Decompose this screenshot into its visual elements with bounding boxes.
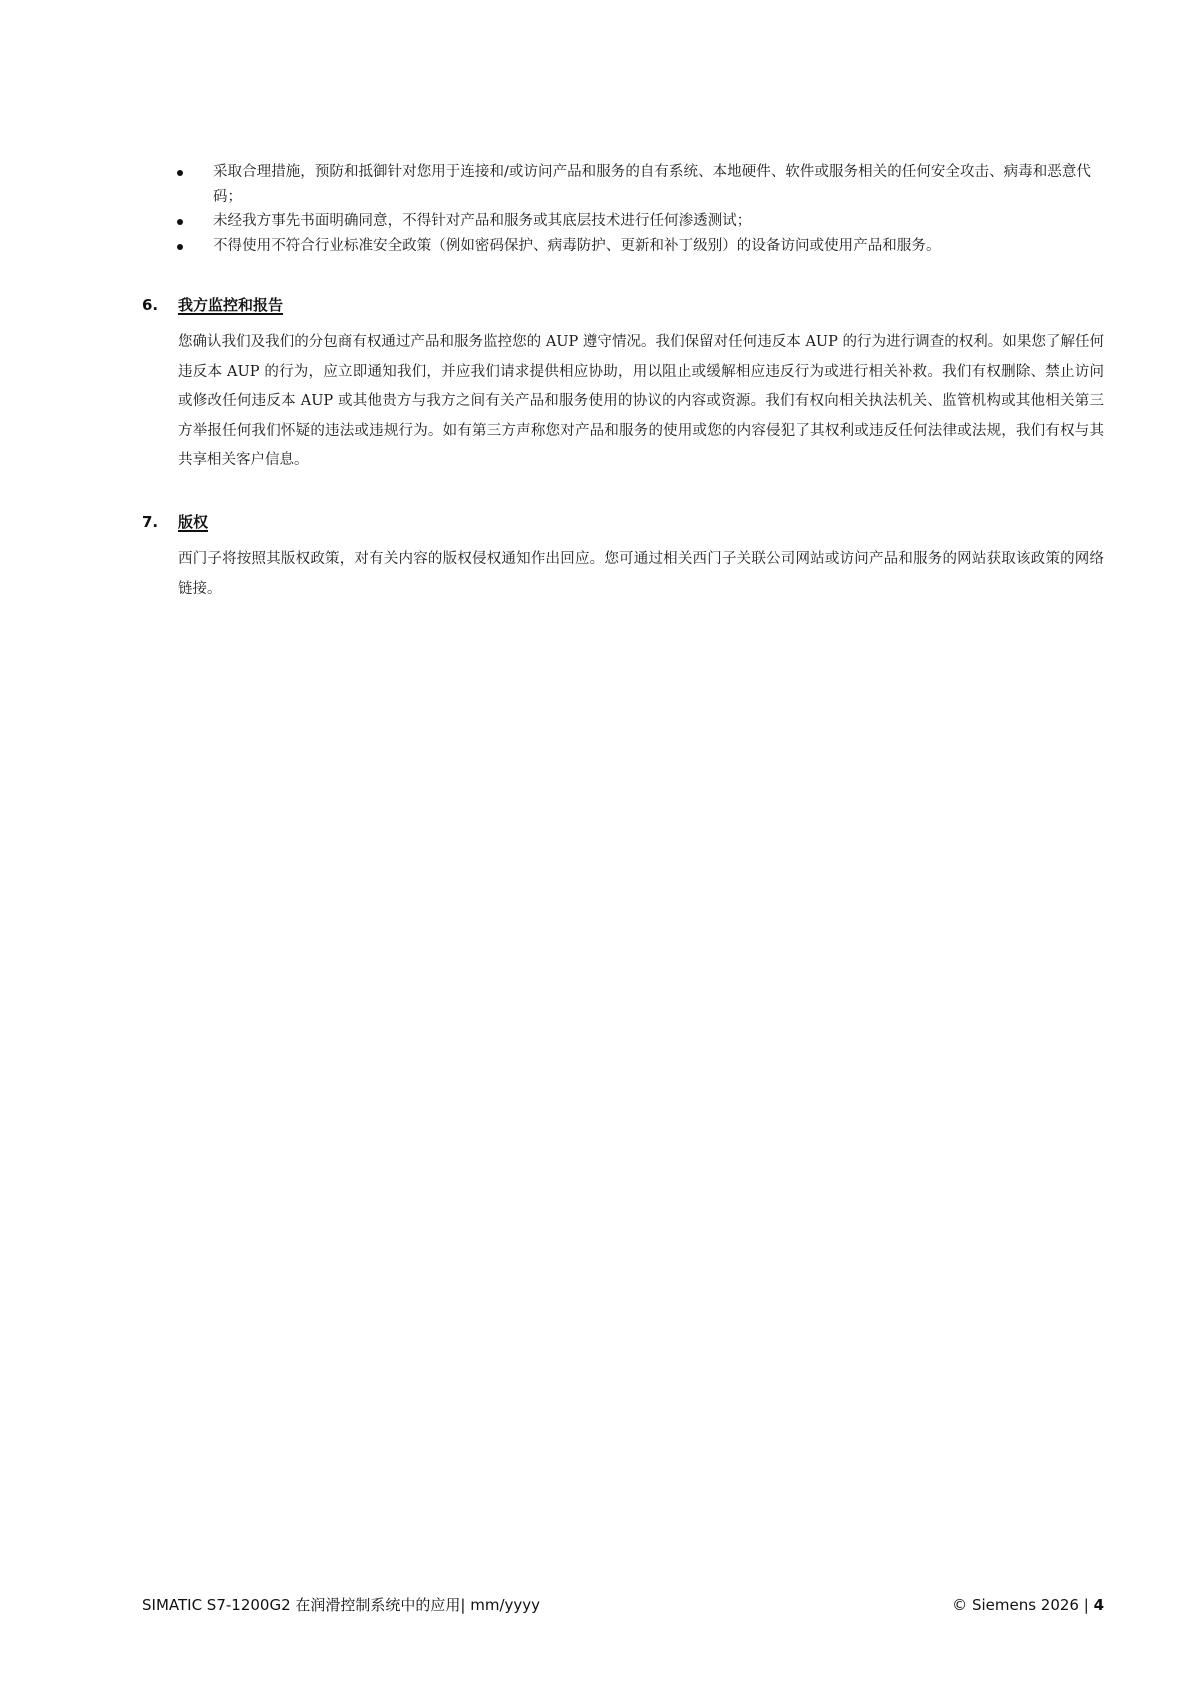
bullet-item: 不得使用不符合行业标准安全政策（例如密码保护、病毒防护、更新和补丁级别）的设备访…	[142, 234, 1104, 259]
section-body: 您确认我们及我们的分包商有权通过产品和服务监控您的 AUP 遵守情况。我们保留对…	[178, 328, 1104, 476]
bullet-text: 不得使用不符合行业标准安全政策（例如密码保护、病毒防护、更新和补丁级别）的设备访…	[213, 238, 941, 254]
bullet-text: 未经我方事先书面明确同意，不得针对产品和服务或其底层技术进行任何渗透测试；	[213, 213, 751, 229]
section-number: 6.	[142, 294, 178, 316]
bullet-icon	[177, 244, 183, 250]
section-monitoring-reporting: 6. 我方监控和报告 您确认我们及我们的分包商有权通过产品和服务监控您的 AUP…	[142, 294, 1104, 476]
bullet-text: 采取合理措施，预防和抵御针对您用于连接和/或访问产品和服务的自有系统、本地硬件、…	[213, 164, 1091, 205]
bullet-list: 采取合理措施，预防和抵御针对您用于连接和/或访问产品和服务的自有系统、本地硬件、…	[142, 160, 1104, 258]
section-body: 西门子将按照其版权政策，对有关内容的版权侵权通知作出回应。您可通过相关西门子关联…	[178, 545, 1104, 604]
footer-document-title: SIMATIC S7-1200G2 在润滑控制系统中的应用| mm/yyyy	[142, 1594, 540, 1616]
section-heading: 6. 我方监控和报告	[142, 294, 1104, 316]
page-number: 4	[1094, 1596, 1104, 1614]
section-number: 7.	[142, 511, 178, 533]
section-title: 版权	[178, 511, 208, 533]
section-copyright: 7. 版权 西门子将按照其版权政策，对有关内容的版权侵权通知作出回应。您可通过相…	[142, 511, 1104, 604]
document-page: 采取合理措施，预防和抵御针对您用于连接和/或访问产品和服务的自有系统、本地硬件、…	[0, 0, 1190, 1683]
footer-copyright: © Siemens 2026 | 4	[952, 1594, 1104, 1616]
footer-copyright-text: © Siemens 2026 |	[952, 1596, 1093, 1614]
bullet-icon	[177, 219, 183, 225]
section-heading: 7. 版权	[142, 511, 1104, 533]
bullet-item: 采取合理措施，预防和抵御针对您用于连接和/或访问产品和服务的自有系统、本地硬件、…	[142, 160, 1104, 209]
section-title: 我方监控和报告	[178, 294, 283, 316]
bullet-item: 未经我方事先书面明确同意，不得针对产品和服务或其底层技术进行任何渗透测试；	[142, 209, 1104, 234]
bullet-icon	[177, 170, 183, 176]
page-footer: SIMATIC S7-1200G2 在润滑控制系统中的应用| mm/yyyy ©…	[142, 1594, 1104, 1616]
